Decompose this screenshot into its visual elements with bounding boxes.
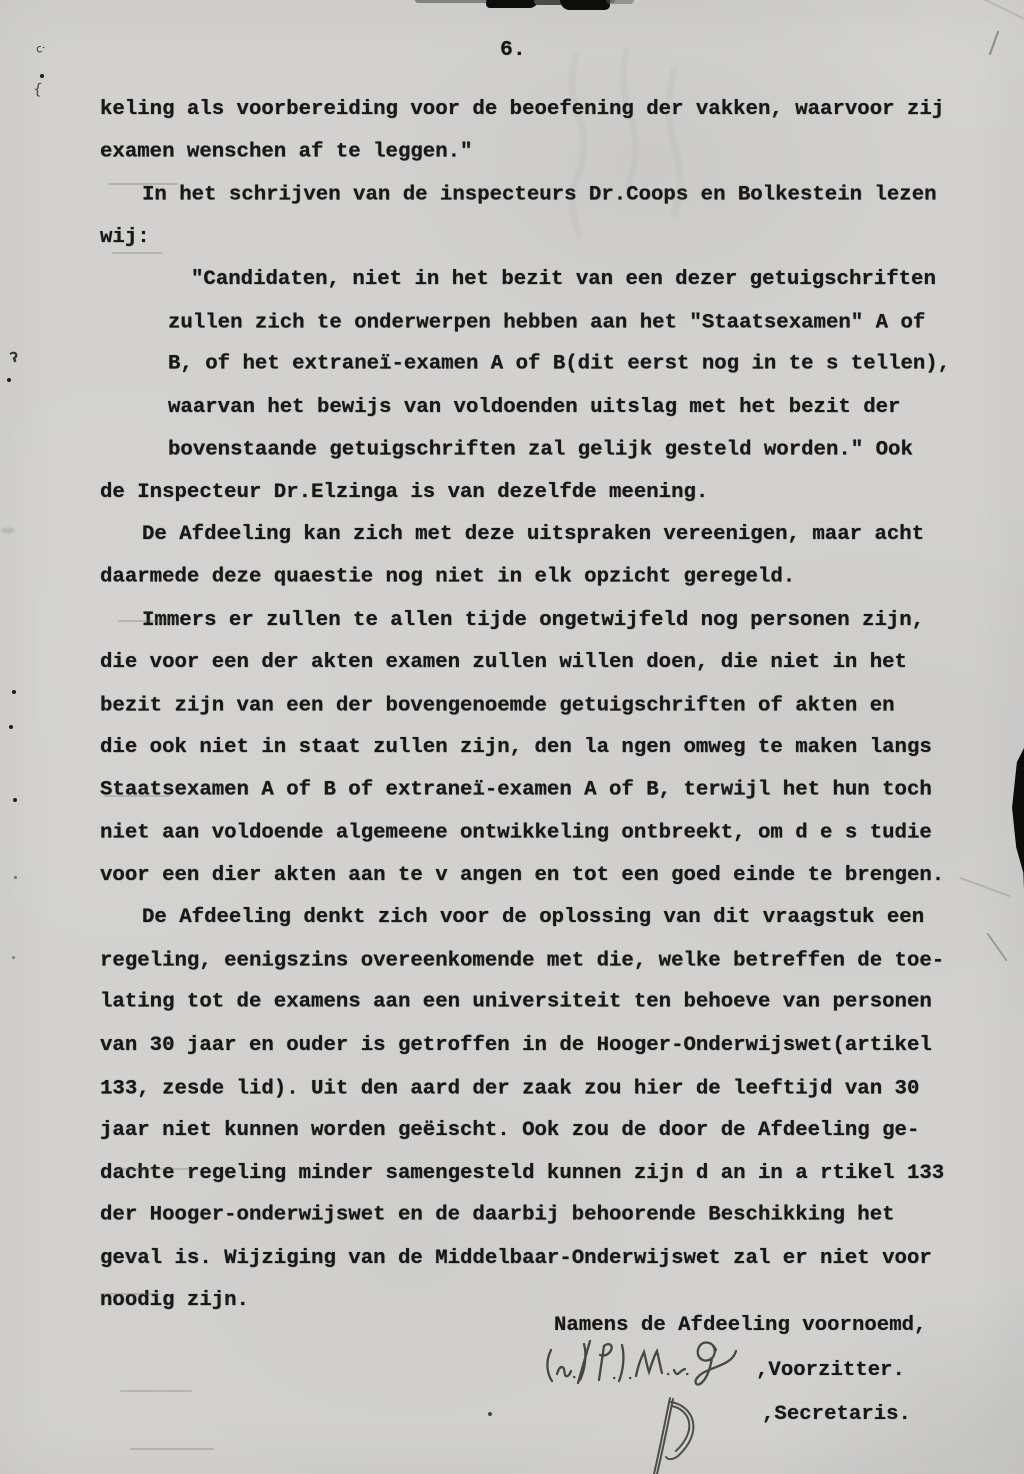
corner-fold-line [977, 0, 1024, 23]
text-line: geval is. Wijziging van de Middelbaar-On… [100, 1238, 1024, 1281]
text-line: "Candidaten, niet in het bezit van een d… [100, 259, 1024, 302]
text-line: jaar niet kunnen worden geëischt. Ook zo… [100, 1110, 1024, 1153]
text-line: waarvan het bewijs van voldoenden uitsla… [100, 387, 1024, 430]
torn-edge-blob [606, 0, 634, 4]
text-line: van 30 jaar en ouder is getroffen in de … [100, 1025, 1024, 1068]
faint-streak [130, 1448, 214, 1450]
margin-dot-mark [9, 725, 13, 729]
document-body: keling als voorbereiding voor de beoefen… [100, 89, 1024, 1323]
faint-streak [118, 620, 176, 622]
faint-streak [100, 1293, 160, 1295]
text-line: bezit zijn van een der bovengenoemde get… [100, 685, 1024, 728]
text-line: keling als voorbereiding voor de beoefen… [100, 89, 1024, 132]
margin-dot-mark [13, 798, 17, 802]
text-line: de Inspecteur Dr.Elzinga is van dezelfde… [100, 472, 1024, 515]
text-line: zullen zich te onderwerpen hebben aan he… [100, 302, 1024, 345]
voorzitter-label: ,Voorzitter. [756, 1359, 905, 1382]
text-line: B, of het extraneï-examen A of B(dit eer… [100, 344, 1024, 387]
scanned-document-page: 6. keling als voorbereiding voor de beoe… [0, 0, 1024, 1474]
text-line: 133, zesde lid). Uit den aard der zaak z… [100, 1068, 1024, 1111]
text-line: examen wenschen af te leggen." [100, 131, 1024, 174]
margin-dot-mark [12, 956, 15, 959]
torn-edge-blob [560, 0, 610, 10]
text-line: lating tot de examens aan een universite… [100, 982, 1024, 1025]
page-number: 6. [500, 38, 526, 62]
text-line: voor een dier akten aan te v angen en to… [100, 855, 1024, 898]
secretaris-label: ,Secretaris. [762, 1403, 911, 1426]
text-line: Immers er zullen te allen tijde ongetwij… [100, 600, 1024, 643]
text-line: niet aan voldoende algemeene ontwikkelin… [100, 813, 1024, 856]
faint-streak [120, 1390, 192, 1392]
text-line: regeling, eenigszins overeenkomende met … [100, 941, 1024, 984]
corner-crease-mark [989, 30, 1000, 55]
text-line: die voor een der akten examen zullen wil… [100, 642, 1024, 685]
text-line: In het schrijven van de inspecteurs Dr.C… [100, 175, 1024, 218]
margin-dot-mark [12, 690, 16, 694]
margin-dot-mark [7, 378, 11, 382]
text-line: der Hooger-onderwijswet en de daarbij be… [100, 1195, 1024, 1238]
pen-mark [632, 1396, 710, 1474]
faint-streak [108, 183, 178, 185]
margin-dot-mark [40, 74, 44, 78]
margin-pencil-mark: c· [35, 41, 47, 56]
faint-streak [104, 795, 170, 797]
faint-streak [116, 1168, 192, 1170]
faint-streak [112, 252, 162, 254]
chairman-signature [544, 1336, 749, 1398]
text-line: dachte regeling minder samengesteld kunn… [100, 1153, 1024, 1196]
stray-ink-dot [488, 1412, 492, 1416]
margin-pencil-mark: { [32, 80, 43, 99]
text-line: Staatsexamen A of B of extraneï-examen A… [100, 769, 1024, 812]
closing-line: Namens de Afdeeling voornoemd, [554, 1314, 926, 1337]
text-line: De Afdeeling denkt zich voor de oplossin… [100, 897, 1024, 940]
margin-smudge [2, 528, 14, 533]
torn-edge-blob [486, 0, 539, 8]
margin-pencil-mark: ʔ [9, 349, 22, 367]
text-line: die ook niet in staat zullen zijn, den l… [100, 727, 1024, 770]
margin-dot-mark [14, 876, 17, 879]
text-line: wij: [100, 217, 1024, 260]
text-line: daarmede deze quaestie nog niet in elk o… [100, 557, 1024, 600]
text-line: De Afdeeling kan zich met deze uitsprake… [100, 514, 1024, 557]
text-line: bovenstaande getuigschriften zal gelijk … [100, 430, 1024, 473]
